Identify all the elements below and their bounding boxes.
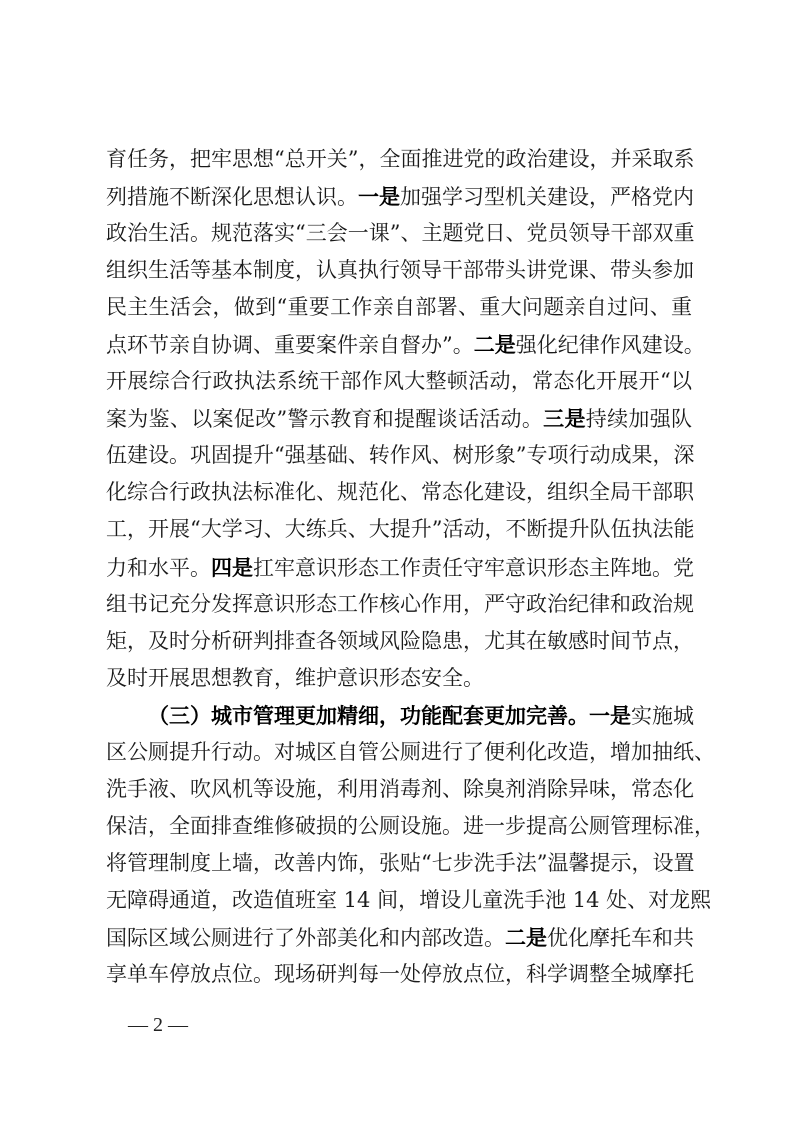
text-line: 及时开展思想教育，维护意识形态安全。 — [106, 660, 692, 697]
text-segment: 列措施不断深化思想认识。 — [106, 185, 358, 209]
text-segment: 民主生活会，做到“重要工作亲自部署、重大问题亲自过问、重 — [106, 295, 692, 319]
text-line: （三）城市管理更加精细，功能配套更加完善。一是实施城 — [106, 697, 692, 734]
text-line: 开展综合行政执法系统干部作风大整顿活动，常态化开展开“以 — [106, 363, 692, 400]
text-line: 无障碍通道，改造值班室 14 间，增设儿童洗手池 14 处、对龙熙 — [106, 882, 692, 919]
text-segment: 工，开展“大学习、大练兵、大提升”活动，不断提升队伍执法能 — [106, 517, 694, 541]
text-segment: 及时开展思想教育，维护意识形态安全。 — [106, 666, 484, 690]
text-line: 案为鉴、以案促改”警示教育和提醒谈话活动。三是持续加强队 — [106, 400, 692, 437]
text-segment: 政治生活。规范落实“三会一课”、主题党日、党员领导干部双重 — [106, 221, 694, 245]
text-line: 组织生活等基本制度，认真执行领导干部带头讲党课、带头参加 — [106, 252, 692, 289]
text-line: 国际区域公厕进行了外部美化和内部改造。二是优化摩托车和共 — [106, 919, 692, 956]
text-line: 工，开展“大学习、大练兵、大提升”活动，不断提升队伍执法能 — [106, 511, 692, 548]
text-segment: 力和水平。 — [106, 556, 211, 580]
text-segment: 区公厕提升行动。对城区自管公厕进行了便利化改造，增加抽纸、 — [106, 740, 715, 764]
text-line: 民主生活会，做到“重要工作亲自部署、重大问题亲自过问、重 — [106, 289, 692, 326]
text-segment: 组织生活等基本制度，认真执行领导干部带头讲党课、带头参加 — [106, 258, 694, 282]
text-line: 将管理制度上墙，改善内饰，张贴“七步洗手法”温馨提示，设置 — [106, 845, 692, 882]
text-segment: 加强学习型机关建设，严格党内 — [400, 185, 694, 209]
text-line: 力和水平。四是扛牢意识形态工作责任守牢意识形态主阵地。党 — [106, 549, 692, 586]
bold-text: 二是 — [505, 925, 547, 950]
text-segment: 化综合行政执法标准化、规范化、常态化建设，组织全局干部职 — [106, 480, 694, 504]
text-segment: 伍建设。巩固提升“强基础、转作风、树形象”专项行动成果，深 — [106, 443, 694, 467]
text-line: 区公厕提升行动。对城区自管公厕进行了便利化改造，增加抽纸、 — [106, 734, 692, 771]
text-line: 列措施不断深化思想认识。一是加强学习型机关建设，严格党内 — [106, 178, 692, 215]
text-segment: 扛牢意识形态工作责任守牢意识形态主阵地。党 — [253, 556, 694, 580]
text-segment: 组书记充分发挥意识形态工作核心作用，严守政治纪律和政治规 — [106, 592, 694, 616]
document-page: 育任务，把牢思想“总开关”，全面推进党的政治建设，并采取系列措施不断深化思想认识… — [0, 0, 793, 1122]
text-segment: 优化摩托车和共 — [547, 926, 694, 950]
text-line: 矩，及时分析研判排查各领域风险隐患，尤其在敏感时间节点， — [106, 623, 692, 660]
text-segment: 国际区域公厕进行了外部美化和内部改造。 — [106, 926, 505, 950]
text-line: 组书记充分发挥意识形态工作核心作用，严守政治纪律和政治规 — [106, 586, 692, 623]
text-line: 洗手液、吹风机等设施，利用消毒剂、除臭剂消除异味，常态化 — [106, 771, 692, 808]
text-segment: 持续加强队 — [586, 407, 692, 431]
bold-text: 三是 — [543, 406, 586, 431]
bold-text: 二是 — [474, 332, 516, 357]
text-line: 政治生活。规范落实“三会一课”、主题党日、党员领导干部双重 — [106, 215, 692, 252]
bold-text: 一是 — [358, 184, 400, 209]
text-segment: 案为鉴、以案促改”警示教育和提醒谈话活动。 — [106, 407, 543, 431]
text-segment: 开展综合行政执法系统干部作风大整顿活动，常态化开展开“以 — [106, 369, 692, 393]
text-line: 点环节亲自协调、重要案件亲自督办”。二是强化纪律作风建设。 — [106, 326, 692, 363]
text-line: 伍建设。巩固提升“强基础、转作风、树形象”专项行动成果，深 — [106, 437, 692, 474]
text-line: 享单车停放点位。现场研判每一处停放点位，科学调整全城摩托 — [106, 956, 692, 993]
text-segment: 实施城 — [631, 704, 694, 728]
text-segment: 强化纪律作风建设。 — [516, 333, 705, 357]
bold-text: （三）城市管理更加精细，功能配套更加完善。一是 — [148, 703, 631, 728]
bold-text: 四是 — [211, 555, 253, 580]
page-number: — 2 — — [128, 1014, 188, 1037]
text-segment: 洗手液、吹风机等设施，利用消毒剂、除臭剂消除异味，常态化 — [106, 777, 694, 801]
text-line: 育任务，把牢思想“总开关”，全面推进党的政治建设，并采取系 — [106, 141, 692, 178]
body-text: 育任务，把牢思想“总开关”，全面推进党的政治建设，并采取系列措施不断深化思想认识… — [106, 141, 692, 993]
text-segment: 无障碍通道，改造值班室 14 间，增设儿童洗手池 14 处、对龙熙 — [106, 888, 711, 912]
text-segment: 保洁，全面排查维修破损的公厕设施。进一步提高公厕管理标准， — [106, 814, 715, 838]
text-line: 化综合行政执法标准化、规范化、常态化建设，组织全局干部职 — [106, 474, 692, 511]
text-segment: 育任务，把牢思想“总开关”，全面推进党的政治建设，并采取系 — [106, 147, 694, 171]
text-segment: 将管理制度上墙，改善内饰，张贴“七步洗手法”温馨提示，设置 — [106, 851, 694, 875]
text-segment: 点环节亲自协调、重要案件亲自督办”。 — [106, 333, 474, 357]
text-line: 保洁，全面排查维修破损的公厕设施。进一步提高公厕管理标准， — [106, 808, 692, 845]
text-segment: 矩，及时分析研判排查各领域风险隐患，尤其在敏感时间节点， — [106, 629, 694, 653]
text-segment: 享单车停放点位。现场研判每一处停放点位，科学调整全城摩托 — [106, 962, 694, 986]
